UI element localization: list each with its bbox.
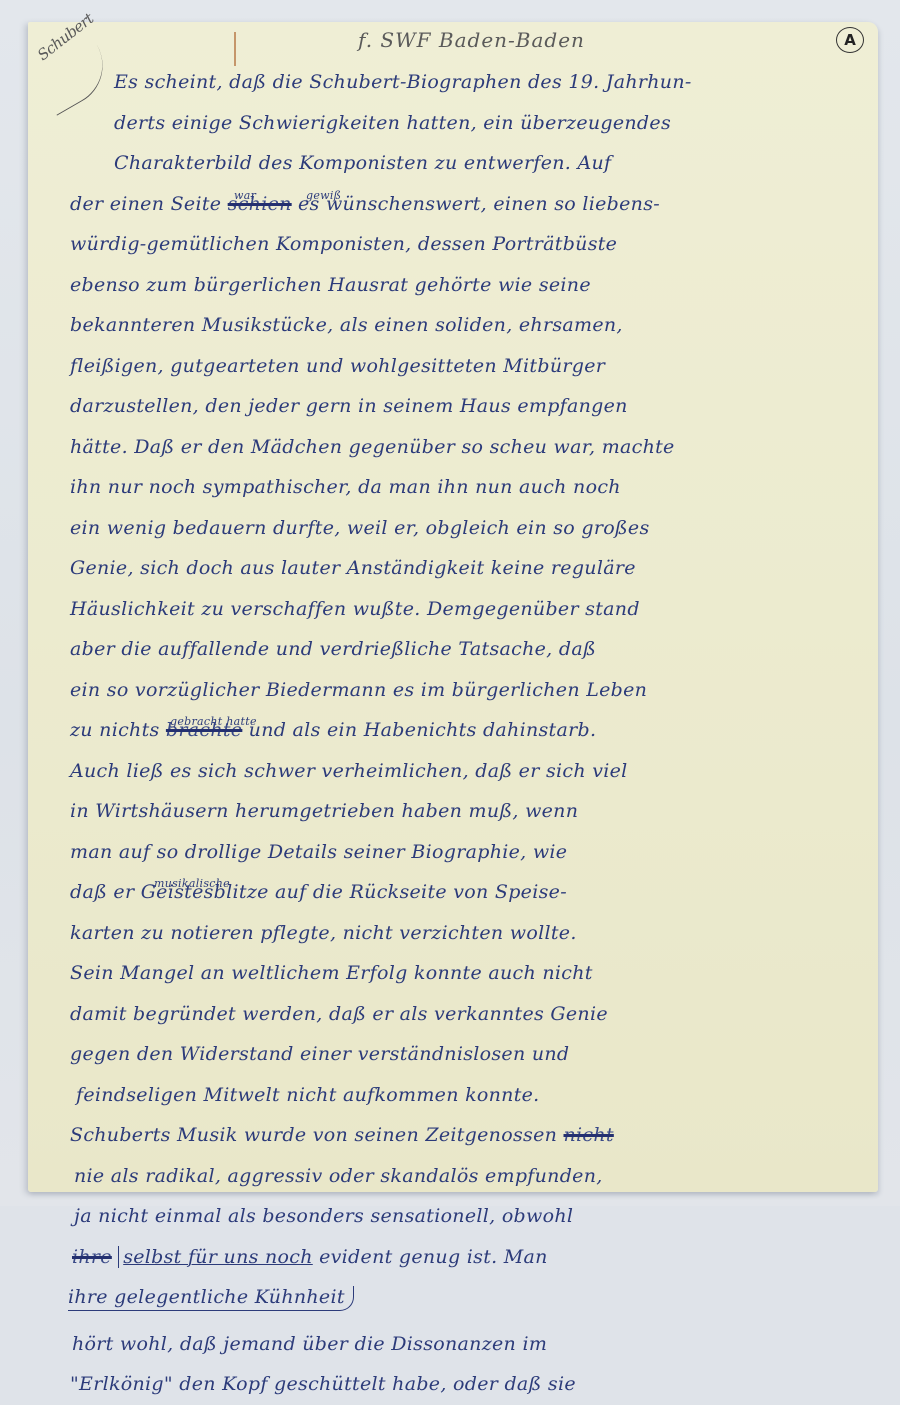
text-line: Genie, sich doch aus lauter Anständigkei… bbox=[70, 548, 830, 589]
text-line: damit begründet werden, daß er als verka… bbox=[70, 994, 830, 1035]
text-line: ja nicht einmal als besonders sensatione… bbox=[74, 1196, 834, 1206]
text-line: Es scheint, daß die Schubert-Biographen … bbox=[114, 62, 874, 103]
text-line: gegen den Widerstand einer verständnislo… bbox=[70, 1034, 830, 1075]
text-line-with-correction: zu nichts brachte und als ein Habenichts… bbox=[70, 710, 830, 751]
text-line: nie als radikal, aggressiv oder skandalö… bbox=[74, 1156, 834, 1197]
text-line-with-insertion: daß er Geistesblitze auf die Rückseite v… bbox=[70, 872, 830, 913]
text-line: ihn nur noch sympathischer, da man ihn n… bbox=[70, 467, 830, 508]
insertion-note: war bbox=[234, 176, 256, 216]
text-segment: und als ein Habenichts dahinstarb. bbox=[242, 719, 596, 741]
text-line: Auch ließ es sich schwer verheimlichen, … bbox=[70, 751, 830, 792]
text-line: ebenso zum bürgerlichen Hausrat gehörte … bbox=[70, 265, 830, 306]
text-line: hätte. Daß er den Mädchen gegenüber so s… bbox=[70, 427, 830, 468]
text-segment: der einen Seite bbox=[70, 193, 228, 215]
text-line: würdig-gemütlichen Komponisten, dessen P… bbox=[70, 224, 830, 265]
text-line: darzustellen, den jeder gern in seinem H… bbox=[70, 386, 830, 427]
insertion-note: gebracht hatte bbox=[170, 702, 257, 742]
text-segment: daß er bbox=[70, 881, 141, 903]
manuscript-body: Es scheint, daß die Schubert-Biographen … bbox=[114, 62, 874, 1206]
text-line: derts einige Schwierigkeiten hatten, ein… bbox=[114, 103, 874, 144]
insertion-note: musikalische bbox=[154, 864, 230, 904]
text-line: Charakterbild des Komponisten zu entwerf… bbox=[114, 143, 874, 184]
text-segment: zu nichts bbox=[70, 719, 166, 741]
text-line: fleißigen, gutgearteten und wohlgesittet… bbox=[70, 346, 830, 387]
text-line-with-correction: Schuberts Musik wurde von seinen Zeitgen… bbox=[70, 1115, 830, 1156]
text-line: Sein Mangel an weltlichem Erfolg konnte … bbox=[70, 953, 830, 994]
insertion-note: gewiß bbox=[306, 176, 341, 216]
text-line: in Wirtshäusern herumgetrieben haben muß… bbox=[70, 791, 830, 832]
text-line: ein wenig bedauern durfte, weil er, obgl… bbox=[70, 508, 830, 549]
text-segment: Schuberts Musik wurde von seinen Zeitgen… bbox=[70, 1124, 564, 1146]
header-note: f. SWF Baden-Baden bbox=[358, 28, 585, 52]
text-line: feindseligen Mitwelt nicht aufkommen kon… bbox=[76, 1075, 836, 1116]
text-line: aber die auffallende und verdrießliche T… bbox=[70, 629, 830, 670]
text-line: karten zu notieren pflegte, nicht verzic… bbox=[70, 913, 830, 954]
text-line-with-correction: der einen Seite schien es wünschenswert,… bbox=[70, 184, 830, 225]
text-line: Häuslichkeit zu verschaffen wußte. Demge… bbox=[70, 589, 830, 630]
paper-stain bbox=[234, 32, 236, 66]
page-mark-circled: A bbox=[836, 27, 864, 53]
manuscript-page: Schubert f. SWF Baden-Baden A Es scheint… bbox=[28, 22, 878, 1192]
struck-word: nicht bbox=[564, 1124, 614, 1146]
text-segment: es wünschenswert, einen so liebens- bbox=[292, 193, 660, 215]
text-line: bekannteren Musikstücke, als einen solid… bbox=[70, 305, 830, 346]
